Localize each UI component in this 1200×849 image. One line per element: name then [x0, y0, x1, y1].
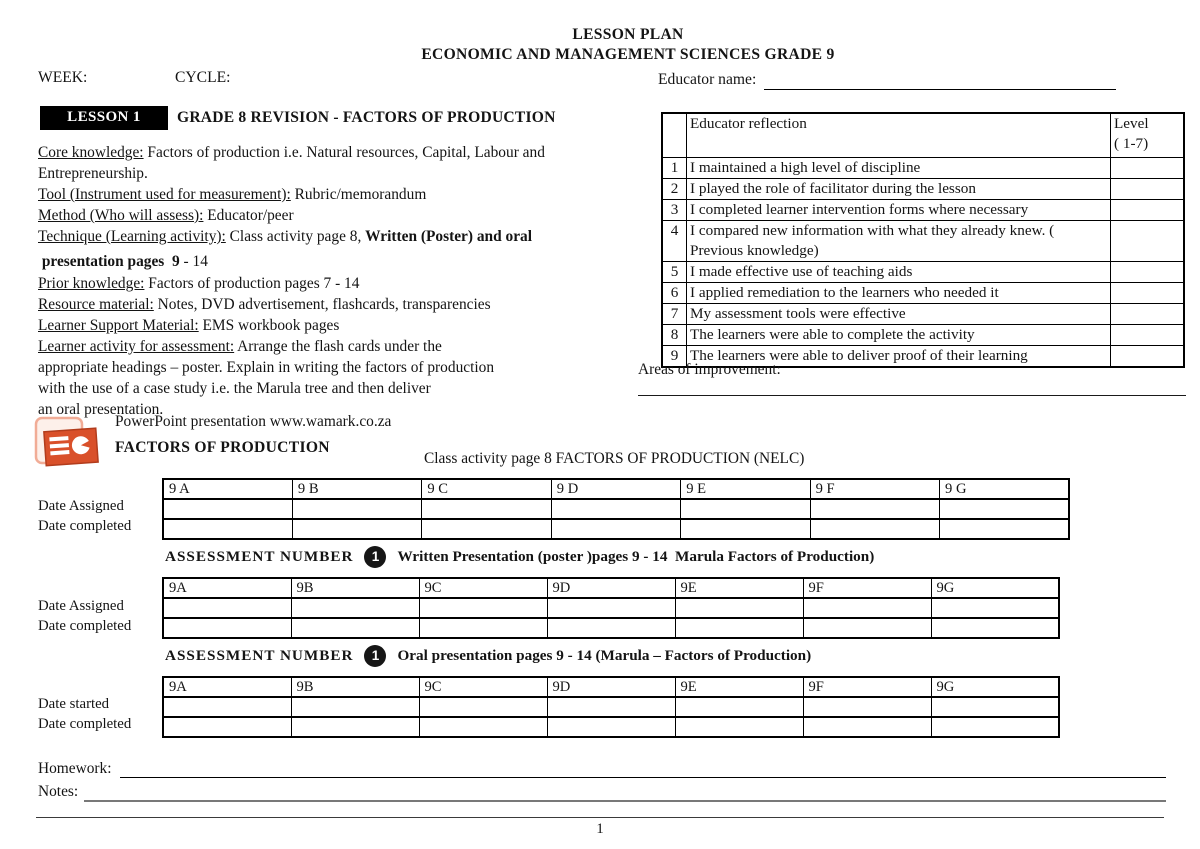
reflection-row-text: I played the role of facilitator during … — [687, 179, 1111, 200]
date-assigned-label: Date Assigned — [38, 496, 131, 516]
reflection-row-number: 5 — [662, 262, 687, 283]
date-cell[interactable] — [681, 499, 810, 519]
reflection-row-text: I compared new information with what the… — [687, 221, 1111, 262]
homework-label: Homework: — [38, 760, 112, 778]
date-cell[interactable] — [291, 697, 419, 717]
date-cell[interactable] — [291, 618, 419, 638]
date-cell[interactable] — [547, 717, 675, 737]
date-completed-row — [163, 618, 1059, 638]
level-input-cell[interactable] — [1111, 304, 1185, 325]
class-activity-header-row: 9 A 9 B 9 C 9 D 9 E 9 F 9 G — [163, 479, 1069, 499]
class-column-header: 9B — [291, 578, 419, 598]
prior-knowledge-label: Prior knowledge: — [38, 275, 144, 292]
reflection-row: 6I applied remediation to the learners w… — [662, 283, 1184, 304]
date-cell[interactable] — [292, 499, 421, 519]
reflection-row: 4I compared new information with what th… — [662, 221, 1184, 262]
core-knowledge-label: Core knowledge: — [38, 144, 144, 161]
learner-activity-text-3: with the use of a case study i.e. the Ma… — [38, 378, 642, 399]
reflection-row: 3I completed learner intervention forms … — [662, 200, 1184, 221]
date-cell[interactable] — [931, 697, 1059, 717]
class-column-header: 9E — [675, 677, 803, 697]
date-started-label: Date started — [38, 694, 131, 714]
class-column-header: 9G — [931, 578, 1059, 598]
class-column-header: 9 F — [810, 479, 939, 499]
method-text: Educator/peer — [203, 207, 293, 224]
learner-support-material-text: EMS workbook pages — [199, 317, 340, 334]
level-input-cell[interactable] — [1111, 200, 1185, 221]
class-column-header: 9G — [931, 677, 1059, 697]
level-input-cell[interactable] — [1111, 179, 1185, 200]
reflection-row: 2I played the role of facilitator during… — [662, 179, 1184, 200]
reflection-row-text: I applied remediation to the learners wh… — [687, 283, 1111, 304]
level-input-cell[interactable] — [1111, 346, 1185, 368]
assessment2-header: ASSESSMENT NUMBER 1 Oral presentation pa… — [165, 645, 811, 667]
date-cell[interactable] — [291, 598, 419, 618]
assessment1-header-row: 9A 9B 9C 9D 9E 9F 9G — [163, 578, 1059, 598]
date-cell[interactable] — [422, 499, 551, 519]
educator-name-row: Educator name: — [658, 71, 1116, 90]
date-cell[interactable] — [810, 499, 939, 519]
class-column-header: 9C — [419, 677, 547, 697]
level-input-cell[interactable] — [1111, 262, 1185, 283]
technique-text: Class activity page 8, — [226, 228, 365, 245]
class-column-header: 9 E — [681, 479, 810, 499]
date-assigned-row — [163, 499, 1069, 519]
footer-divider — [36, 817, 1164, 818]
learner-support-material-label: Learner Support Material: — [38, 317, 199, 334]
assessment-number-label: ASSESSMENT NUMBER — [165, 647, 353, 665]
date-cell[interactable] — [931, 598, 1059, 618]
assessment-number-badge: 1 — [364, 546, 386, 568]
lesson-title: GRADE 8 REVISION - FACTORS OF PRODUCTION — [177, 109, 556, 127]
date-cell[interactable] — [803, 697, 931, 717]
class-activity-table: 9 A 9 B 9 C 9 D 9 E 9 F 9 G — [162, 478, 1070, 540]
areas-of-improvement-line[interactable] — [638, 374, 1186, 396]
reflection-row-text: I completed learner intervention forms w… — [687, 200, 1111, 221]
assessment2-title: Oral presentation pages 9 - 14 (Marula –… — [397, 647, 811, 665]
class-activity-row-labels: Date Assigned Date completed — [38, 496, 131, 536]
assessment2-table: 9A 9B 9C 9D 9E 9F 9G — [162, 676, 1060, 738]
level-input-cell[interactable] — [1111, 221, 1185, 262]
assessment-number-label: ASSESSMENT NUMBER — [165, 548, 353, 566]
class-column-header: 9 A — [163, 479, 292, 499]
resource-material-label: Resource material: — [38, 296, 154, 313]
reflection-row-text: My assessment tools were effective — [687, 304, 1111, 325]
level-header-line1: Level — [1114, 114, 1180, 134]
date-cell[interactable] — [810, 519, 939, 539]
reflection-row-text: I made effective use of teaching aids — [687, 262, 1111, 283]
reflection-row: 7My assessment tools were effective — [662, 304, 1184, 325]
assessment2-header-row: 9A 9B 9C 9D 9E 9F 9G — [163, 677, 1059, 697]
class-column-header: 9B — [291, 677, 419, 697]
educator-name-label: Educator name: — [658, 71, 756, 90]
method-label: Method (Who will assess): — [38, 207, 203, 224]
resource-material-text: Notes, DVD advertisement, flashcards, tr… — [154, 296, 491, 313]
date-completed-label: Date completed — [38, 516, 131, 536]
level-header-line2: ( 1-7) — [1114, 134, 1180, 154]
technique-bold-text: Written (Poster) and oral — [365, 228, 532, 245]
reflection-row-text: I maintained a high level of discipline — [687, 158, 1111, 179]
assessment1-title: Written Presentation (poster )pages 9 - … — [397, 548, 874, 566]
homework-line[interactable] — [120, 760, 1166, 778]
date-cell[interactable] — [681, 519, 810, 539]
date-cell[interactable] — [551, 519, 680, 539]
date-cell[interactable] — [940, 519, 1069, 539]
level-input-cell[interactable] — [1111, 158, 1185, 179]
reflection-row-text: The learners were able to complete the a… — [687, 325, 1111, 346]
week-label: WEEK: — [38, 69, 87, 87]
date-completed-row — [163, 717, 1059, 737]
date-completed-row — [163, 519, 1069, 539]
date-cell[interactable] — [422, 519, 551, 539]
core-knowledge-text-2: Entrepreneurship. — [38, 163, 642, 184]
assessment1-header: ASSESSMENT NUMBER 1 Written Presentation… — [165, 546, 874, 568]
date-cell[interactable] — [931, 717, 1059, 737]
learner-activity-text-2: appropriate headings – poster. Explain i… — [38, 357, 642, 378]
class-column-header: 9A — [163, 578, 291, 598]
tool-text: Rubric/memorandum — [291, 186, 427, 203]
class-column-header: 9D — [547, 578, 675, 598]
assessment1-table: 9A 9B 9C 9D 9E 9F 9G — [162, 577, 1060, 639]
reflection-header-row: Educator reflection Level ( 1-7) — [662, 113, 1184, 158]
page-number: 1 — [0, 821, 1200, 838]
class-column-header: 9 G — [940, 479, 1069, 499]
date-cell[interactable] — [419, 598, 547, 618]
date-cell[interactable] — [940, 499, 1069, 519]
notes-row: Notes: — [38, 783, 1166, 802]
reflection-row-number: 7 — [662, 304, 687, 325]
cycle-label: CYCLE: — [175, 69, 230, 87]
class-column-header: 9 B — [292, 479, 421, 499]
class-column-header: 9D — [547, 677, 675, 697]
reflection-row-number: 1 — [662, 158, 687, 179]
date-cell[interactable] — [419, 717, 547, 737]
reflection-level-header: Level ( 1-7) — [1111, 113, 1185, 158]
date-cell[interactable] — [803, 598, 931, 618]
lesson-header: LESSON 1 GRADE 8 REVISION - FACTORS OF P… — [40, 106, 556, 130]
class-column-header: 9 C — [422, 479, 551, 499]
date-cell[interactable] — [675, 717, 803, 737]
class-column-header: 9A — [163, 677, 291, 697]
class-column-header: 9 D — [551, 479, 680, 499]
date-cell[interactable] — [163, 519, 292, 539]
lesson-details: Core knowledge: Factors of production i.… — [38, 142, 642, 420]
reflection-row-number: 4 — [662, 221, 687, 262]
class-column-header: 9C — [419, 578, 547, 598]
date-cell[interactable] — [547, 598, 675, 618]
class-column-header: 9F — [803, 578, 931, 598]
class-column-header: 9E — [675, 578, 803, 598]
reflection-row: 5I made effective use of teaching aids — [662, 262, 1184, 283]
technique-tail-text: - 14 — [180, 253, 208, 270]
date-cell[interactable] — [547, 618, 675, 638]
notes-line[interactable] — [84, 783, 1166, 802]
learner-activity-text: Arrange the flash cards under the — [234, 338, 442, 355]
notes-label: Notes: — [38, 783, 78, 802]
date-started-row — [163, 697, 1059, 717]
class-column-header: 9F — [803, 677, 931, 697]
date-cell[interactable] — [419, 697, 547, 717]
date-cell[interactable] — [163, 598, 291, 618]
technique-label: Technique (Learning activity): — [38, 228, 226, 245]
reflection-row-number: 8 — [662, 325, 687, 346]
educator-reflection-table: Educator reflection Level ( 1-7) 1I main… — [661, 112, 1185, 368]
date-cell[interactable] — [551, 499, 680, 519]
date-completed-label: Date completed — [38, 616, 131, 636]
date-cell[interactable] — [163, 499, 292, 519]
document-header: LESSON PLAN ECONOMIC AND MANAGEMENT SCIE… — [56, 25, 1200, 65]
date-cell[interactable] — [419, 618, 547, 638]
reflection-row-number: 2 — [662, 179, 687, 200]
powerpoint-caption: PowerPoint presentation www.wamark.co.za — [115, 413, 391, 431]
level-input-cell[interactable] — [1111, 325, 1185, 346]
factors-of-production-heading: FACTORS OF PRODUCTION — [115, 439, 330, 457]
date-assigned-row — [163, 598, 1059, 618]
assessment2-row-labels: Date started Date completed — [38, 694, 131, 734]
tool-label: Tool (Instrument used for measurement): — [38, 186, 291, 203]
page-subtitle: ECONOMIC AND MANAGEMENT SCIENCES GRADE 9 — [56, 45, 1200, 65]
reflection-row-number: 6 — [662, 283, 687, 304]
date-cell[interactable] — [292, 519, 421, 539]
assessment1-row-labels: Date Assigned Date completed — [38, 596, 131, 636]
reflection-header-label: Educator reflection — [687, 113, 1111, 158]
assessment-number-badge: 1 — [364, 645, 386, 667]
core-knowledge-text: Factors of production i.e. Natural resou… — [144, 144, 545, 161]
date-cell[interactable] — [675, 697, 803, 717]
page-title: LESSON PLAN — [56, 25, 1200, 45]
homework-row: Homework: — [38, 760, 1166, 778]
learner-activity-label: Learner activity for assessment: — [38, 338, 234, 355]
date-cell[interactable] — [547, 697, 675, 717]
technique-bold-text-2: presentation pages 9 — [38, 253, 180, 270]
reflection-row: 1I maintained a high level of discipline — [662, 158, 1184, 179]
reflection-row: 8The learners were able to complete the … — [662, 325, 1184, 346]
date-cell[interactable] — [163, 618, 291, 638]
powerpoint-icon — [34, 416, 102, 470]
date-cell[interactable] — [163, 697, 291, 717]
level-input-cell[interactable] — [1111, 283, 1185, 304]
prior-knowledge-text: Factors of production pages 7 - 14 — [144, 275, 359, 292]
class-activity-caption: Class activity page 8 FACTORS OF PRODUCT… — [424, 450, 804, 468]
date-cell[interactable] — [675, 618, 803, 638]
date-cell[interactable] — [803, 618, 931, 638]
reflection-row-number: 3 — [662, 200, 687, 221]
lesson-badge: LESSON 1 — [40, 106, 168, 130]
date-cell[interactable] — [675, 598, 803, 618]
date-completed-label: Date completed — [38, 714, 131, 734]
date-cell[interactable] — [163, 717, 291, 737]
date-cell[interactable] — [291, 717, 419, 737]
date-cell[interactable] — [931, 618, 1059, 638]
reflection-header-blank — [662, 113, 687, 158]
lesson-plan-document: LESSON PLAN ECONOMIC AND MANAGEMENT SCIE… — [0, 0, 1200, 849]
date-cell[interactable] — [803, 717, 931, 737]
date-assigned-label: Date Assigned — [38, 596, 131, 616]
educator-name-line[interactable] — [764, 71, 1116, 90]
